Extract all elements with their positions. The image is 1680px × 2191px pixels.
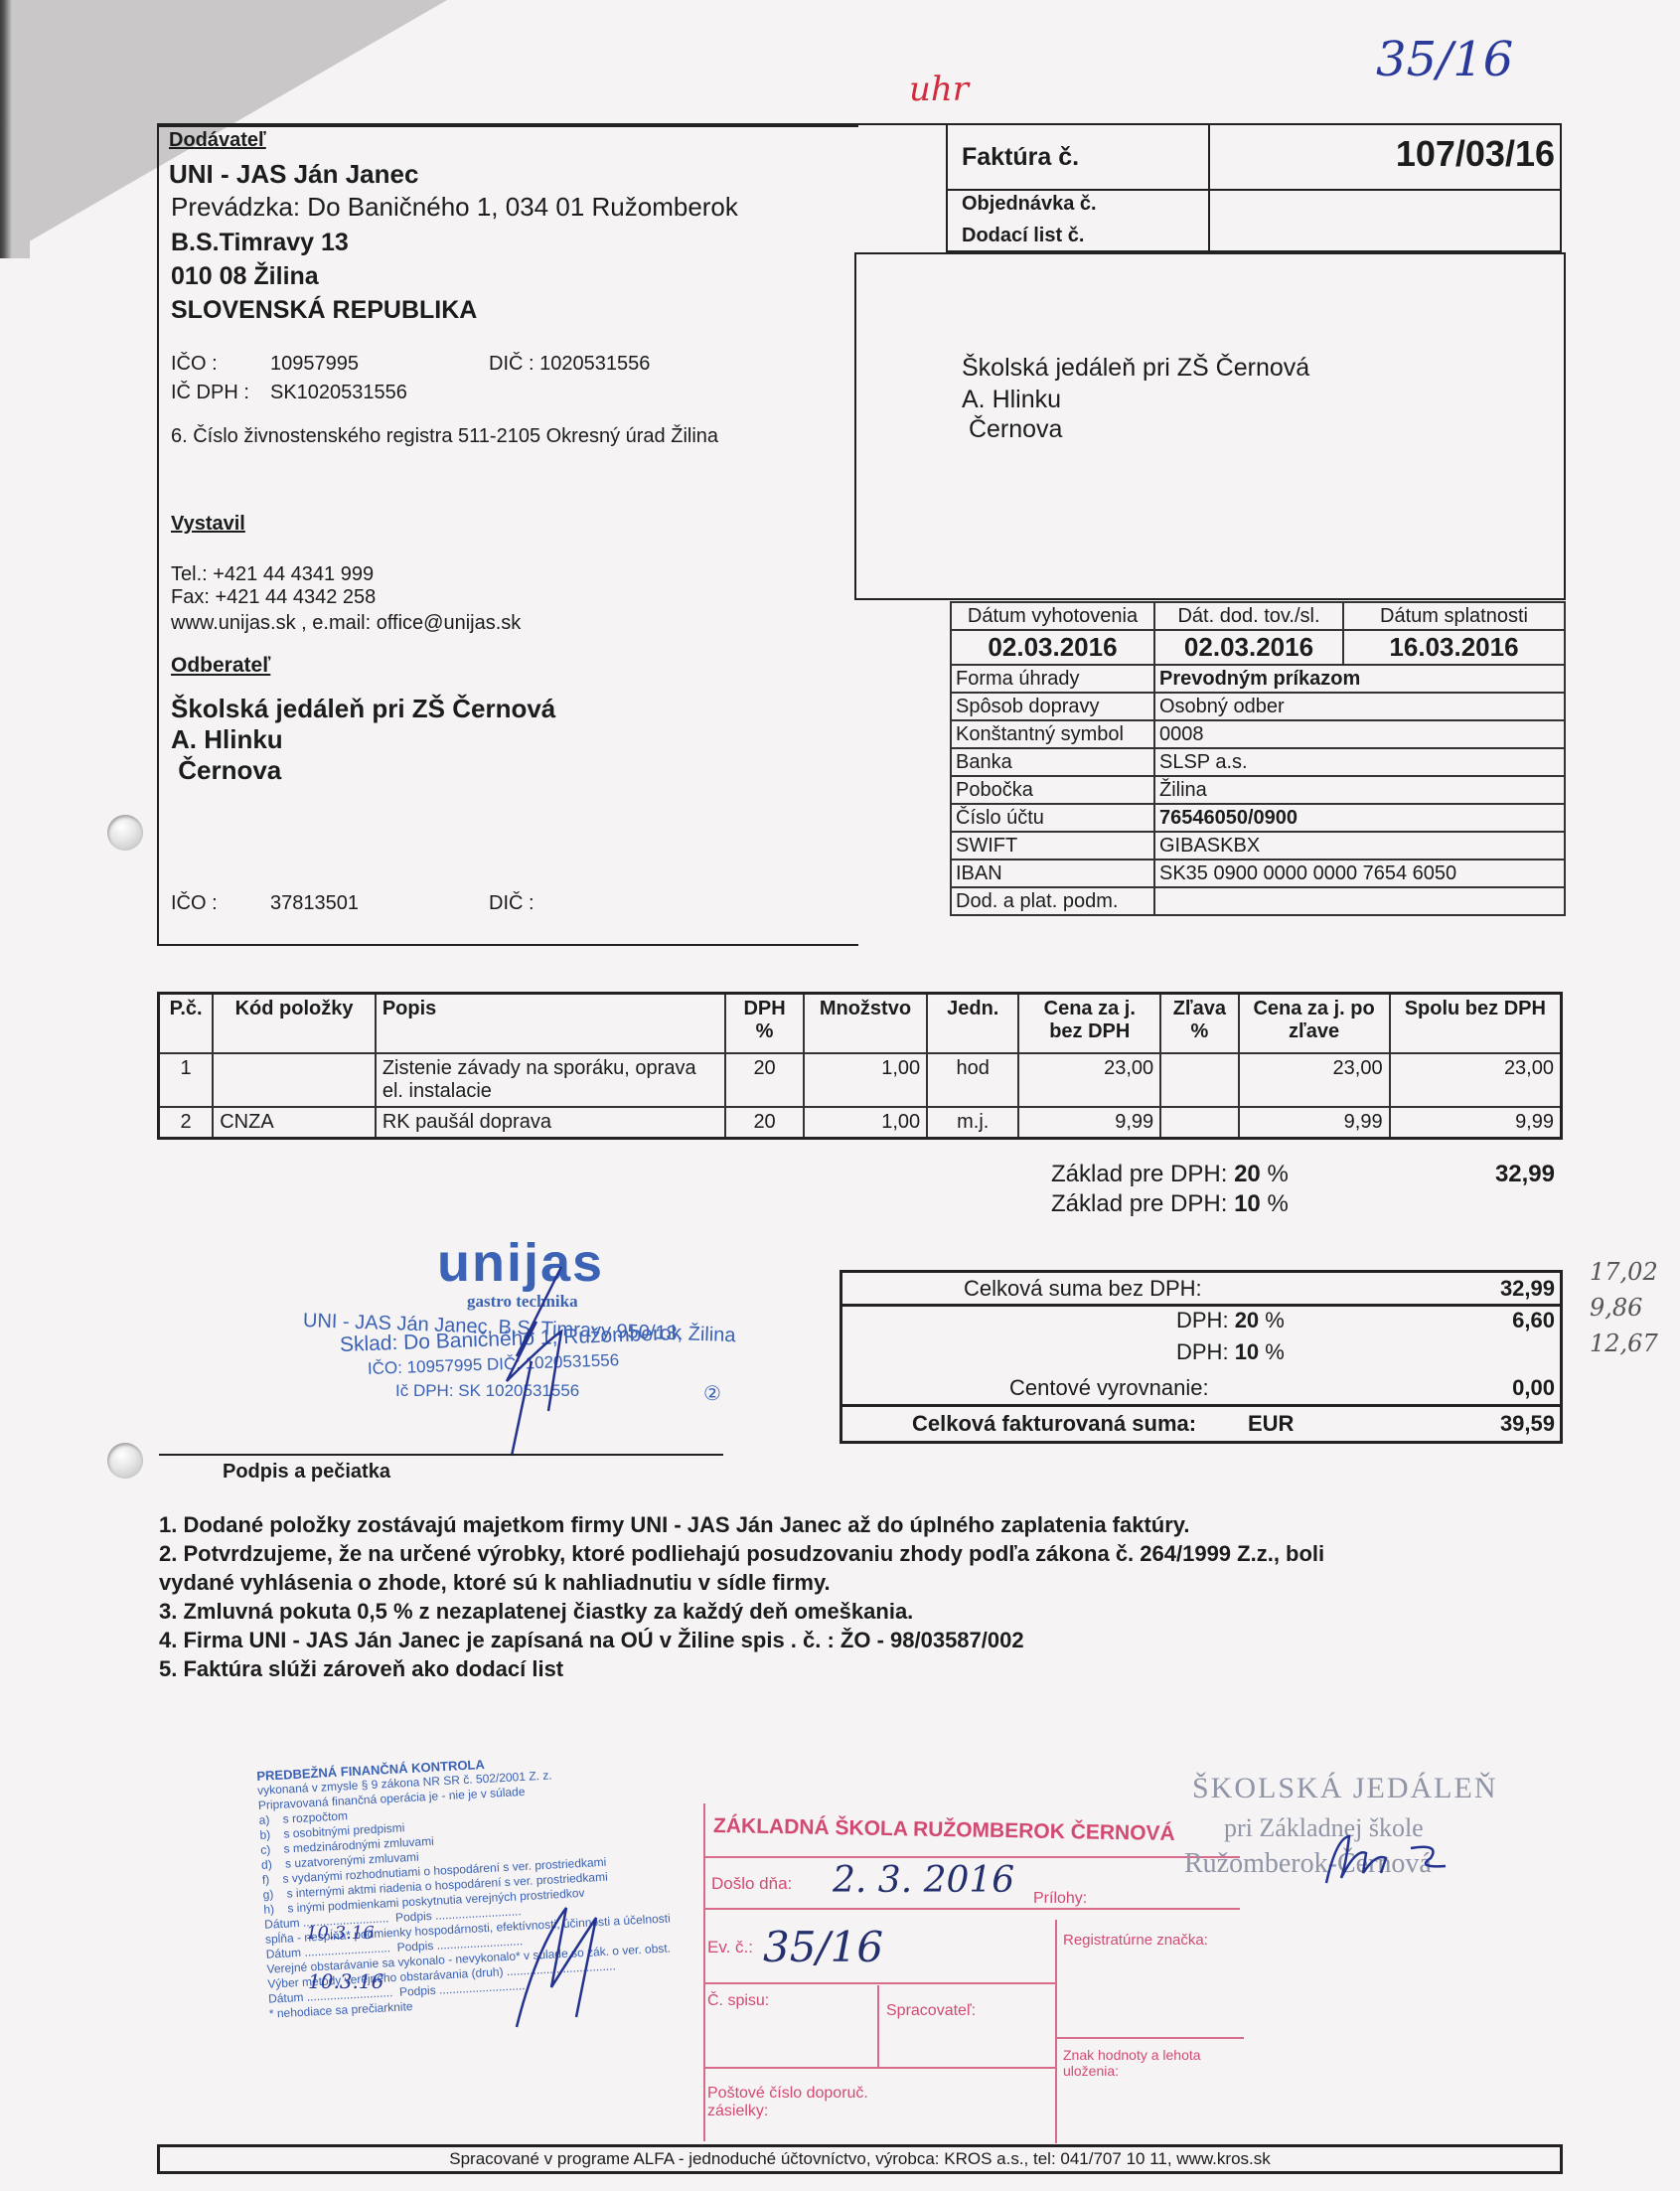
customer-dic-label: DIČ : — [489, 892, 535, 915]
vat-base-label: Základ pre DPH: — [1051, 1161, 1227, 1187]
table-cell — [1160, 1107, 1238, 1139]
registered-mail-label: Poštové číslo doporuč. zásielky: — [707, 2085, 906, 2120]
payment-value: 0008 — [1154, 720, 1565, 748]
issue-date-label: Dátum vyhotovenia — [951, 602, 1154, 630]
control-handwritten-date-2: 10.3.16 — [308, 1969, 383, 1993]
registry-mark-label: Registratúrne značka: — [1063, 1932, 1222, 1949]
punch-hole-icon — [107, 815, 143, 851]
vat-base-10: Základ pre DPH: 10 % — [1051, 1190, 1289, 1218]
processor-label: Spracovateľ: — [886, 2002, 976, 2020]
currency: EUR — [1248, 1411, 1294, 1437]
payment-value: Žilina — [1154, 776, 1565, 804]
vat-20-row: DPH: 20 % — [1176, 1308, 1285, 1333]
rounding-amount: 0,00 — [1431, 1375, 1555, 1401]
customer-ico-label: IČO : — [171, 892, 218, 915]
grand-total: 39,59 — [1431, 1411, 1555, 1437]
table-row: 2CNZARK paušál doprava201,00m.j.9,999,99… — [159, 1107, 1562, 1139]
vat-base-rate: 20 — [1234, 1161, 1261, 1187]
payment-row: PobočkaŽilina — [951, 776, 1565, 804]
signature-icon — [497, 1888, 636, 2047]
column-header: Zľava % — [1160, 994, 1238, 1053]
payment-label: Pobočka — [951, 776, 1154, 804]
payment-label: Forma úhrady — [951, 665, 1154, 693]
supplier-dic: DIČ : 1020531556 — [489, 353, 650, 376]
received-date: 2. 3. 2016 — [833, 1860, 1014, 1901]
vat-base-rate: 10 — [1234, 1190, 1261, 1217]
attachments-label: Prílohy: — [1033, 1890, 1087, 1908]
supplier-ico: 10957995 — [270, 353, 359, 376]
supplier-operation-address: Prevádzka: Do Baničného 1, 034 01 Ružomb… — [171, 192, 738, 223]
payment-value: SLSP a.s. — [1154, 748, 1565, 776]
received-label: Došlo dňa: — [711, 1874, 792, 1894]
payment-label: Banka — [951, 748, 1154, 776]
vat-base-20-value: 32,99 — [1451, 1161, 1555, 1188]
signature-icon — [1321, 1828, 1470, 1888]
divider — [157, 123, 948, 125]
table-cell: 1 — [159, 1053, 214, 1107]
terms-list: 1. Dodané položky zostávajú majetkom fir… — [159, 1510, 1324, 1683]
payment-row: Konštantný symbol0008 — [951, 720, 1565, 748]
grand-total-label: Celková fakturovaná suma: — [912, 1411, 1196, 1437]
table-cell: 2 — [159, 1107, 214, 1139]
customer-name: Školská jedáleň pri ZŠ Černová — [171, 694, 555, 724]
vat-20-amount: 6,60 — [1431, 1308, 1555, 1333]
divider — [840, 1404, 1563, 1407]
table-cell: 23,00 — [1390, 1053, 1562, 1107]
payment-label: SWIFT — [951, 832, 1154, 860]
payment-label: Spôsob dopravy — [951, 693, 1154, 720]
retention-label: Znak hodnoty a lehota uloženia: — [1063, 2047, 1222, 2079]
order-number-label: Objednávka č. — [962, 193, 1097, 216]
rounding-label: Centové vyrovnanie: — [1009, 1375, 1209, 1401]
supplier-icdph-label: IČ DPH : — [171, 382, 249, 404]
window-recipient-name: Školská jedáleň pri ZŠ Černová — [962, 354, 1309, 383]
table-cell: hod — [927, 1053, 1018, 1107]
due-date-label: Dátum splatnosti — [1343, 602, 1565, 630]
table-cell — [213, 1053, 376, 1107]
divider — [840, 1304, 1563, 1307]
supplier-country: SLOVENSKÁ REPUBLIKA — [171, 296, 477, 325]
invoice-items-table: P.č.Kód položkyPopisDPH %MnožstvoJedn.Ce… — [157, 992, 1563, 1140]
table-cell: 20 — [725, 1107, 803, 1139]
issuer-fax: Fax: +421 44 4342 258 — [171, 586, 376, 609]
delivery-date-label: Dát. dod. tov./sl. — [1154, 602, 1343, 630]
handwritten-reference-number: 35/16 — [1376, 32, 1513, 87]
column-header: Popis — [376, 994, 726, 1053]
ev-number-label: Ev. č.: — [707, 1938, 753, 1957]
table-cell: 9,99 — [1018, 1107, 1160, 1139]
invoice-number: 107/03/16 — [1222, 133, 1555, 175]
supplier-ico-label: IČO : — [171, 353, 218, 376]
percent-sign: % — [1267, 1190, 1288, 1217]
signature-label: Podpis a pečiatka — [223, 1461, 390, 1484]
customer-label: Odberateľ — [171, 654, 270, 678]
file-number-label: Č. spisu: — [707, 1992, 769, 2010]
payment-row: BankaSLSP a.s. — [951, 748, 1565, 776]
scan-edge-shadow — [0, 0, 30, 258]
customer-ico: 37813501 — [270, 892, 359, 915]
control-handwritten-date-1: 10.3.16 — [306, 1923, 375, 1944]
divider — [1208, 123, 1210, 252]
payment-value: GIBASKBX — [1154, 832, 1565, 860]
payment-row: Číslo účtu76546050/0900 — [951, 804, 1565, 832]
payment-value: Prevodným príkazom — [1154, 665, 1565, 693]
payment-row: SWIFTGIBASKBX — [951, 832, 1565, 860]
supplier-trade-register: 6. Číslo živnostenského registra 511-210… — [171, 425, 718, 448]
issue-date: 02.03.2016 — [951, 630, 1154, 665]
net-total-label: Celková suma bez DPH: — [964, 1276, 1202, 1302]
customer-city: Černova — [171, 755, 281, 786]
percent-sign: % — [1267, 1161, 1288, 1187]
payment-value: 76546050/0900 — [1154, 804, 1565, 832]
column-header: P.č. — [159, 994, 214, 1053]
issuer-web-email: www.unijas.sk , e.mail: office@unijas.sk — [171, 612, 521, 635]
issuer-label: Vystavil — [171, 513, 245, 536]
customer-street: A. Hlinku — [171, 724, 283, 755]
column-header: Cena za j. bez DPH — [1018, 994, 1160, 1053]
table-cell: 9,99 — [1239, 1107, 1390, 1139]
canteen-stamp-line-1: ŠKOLSKÁ JEDÁLEŇ — [1192, 1772, 1498, 1805]
column-header: Jedn. — [927, 994, 1018, 1053]
payment-row: IBANSK35 0900 0000 0000 7654 6050 — [951, 860, 1565, 887]
table-row: 1Zistenie závady na sporáku, oprava el. … — [159, 1053, 1562, 1107]
table-cell: 9,99 — [1390, 1107, 1562, 1139]
due-date: 16.03.2016 — [1343, 630, 1565, 665]
payment-value — [1154, 887, 1565, 915]
table-cell: m.j. — [927, 1107, 1018, 1139]
stamp-number: ② — [703, 1381, 721, 1406]
table-cell: 1,00 — [804, 1053, 927, 1107]
payment-info-table: Dátum vyhotovenia Dát. dod. tov./sl. Dát… — [950, 601, 1566, 916]
column-header: DPH % — [725, 994, 803, 1053]
handwritten-initials: uhr — [909, 70, 969, 109]
table-cell: 1,00 — [804, 1107, 927, 1139]
payment-value: Osobný odber — [1154, 693, 1565, 720]
table-cell: CNZA — [213, 1107, 376, 1139]
column-header: Množstvo — [804, 994, 927, 1053]
signature-line — [159, 1454, 723, 1456]
software-footer: Spracované v programe ALFA - jednoduché … — [157, 2144, 1563, 2174]
delivery-note-label: Dodací list č. — [962, 225, 1084, 247]
payment-row: Forma úhradyPrevodným príkazom — [951, 665, 1565, 693]
vat-10-row: DPH: 10 % — [1176, 1339, 1285, 1365]
table-cell: 20 — [725, 1053, 803, 1107]
payment-label: Konštantný symbol — [951, 720, 1154, 748]
window-recipient-city: Černova — [962, 415, 1062, 444]
invoice-number-label: Faktúra č. — [962, 143, 1079, 172]
table-cell: 23,00 — [1018, 1053, 1160, 1107]
column-header: Cena za j. po zľave — [1239, 994, 1390, 1053]
payment-label: Číslo účtu — [951, 804, 1154, 832]
divider — [946, 189, 1562, 191]
registry-stamp-title: ZÁKLADNÁ ŠKOLA RUŽOMBEROK ČERNOVÁ — [713, 1814, 1175, 1846]
payment-row: Dod. a plat. podm. — [951, 887, 1565, 915]
ev-number: 35/16 — [763, 1923, 883, 1971]
supplier-icdph: SK1020531556 — [270, 382, 407, 404]
delivery-date: 02.03.2016 — [1154, 630, 1343, 665]
vat-base-20: Základ pre DPH: 20 % — [1051, 1161, 1289, 1188]
payment-label: Dod. a plat. podm. — [951, 887, 1154, 915]
column-header: Kód položky — [213, 994, 376, 1053]
supplier-label: Dodávateľ — [169, 129, 266, 152]
punch-hole-icon — [107, 1443, 143, 1479]
vat-base-label: Základ pre DPH: — [1051, 1190, 1227, 1217]
table-cell — [1160, 1053, 1238, 1107]
supplier-city: 010 08 Žilina — [171, 262, 319, 291]
table-cell: Zistenie závady na sporáku, oprava el. i… — [376, 1053, 726, 1107]
supplier-name: UNI - JAS Ján Janec — [169, 159, 418, 190]
issuer-phone: Tel.: +421 44 4341 999 — [171, 563, 374, 586]
margin-handwritten-notes: 17,02 9,86 12,67 — [1590, 1254, 1658, 1361]
signature-icon — [477, 1262, 596, 1461]
table-cell: RK paušál doprava — [376, 1107, 726, 1139]
payment-label: IBAN — [951, 860, 1154, 887]
payment-row: Spôsob dopravyOsobný odber — [951, 693, 1565, 720]
supplier-street: B.S.Timravy 13 — [171, 229, 349, 257]
net-total: 32,99 — [1431, 1276, 1555, 1302]
payment-value: SK35 0900 0000 0000 7654 6050 — [1154, 860, 1565, 887]
table-cell: 23,00 — [1239, 1053, 1390, 1107]
column-header: Spolu bez DPH — [1390, 994, 1562, 1053]
window-recipient-street: A. Hlinku — [962, 386, 1061, 414]
